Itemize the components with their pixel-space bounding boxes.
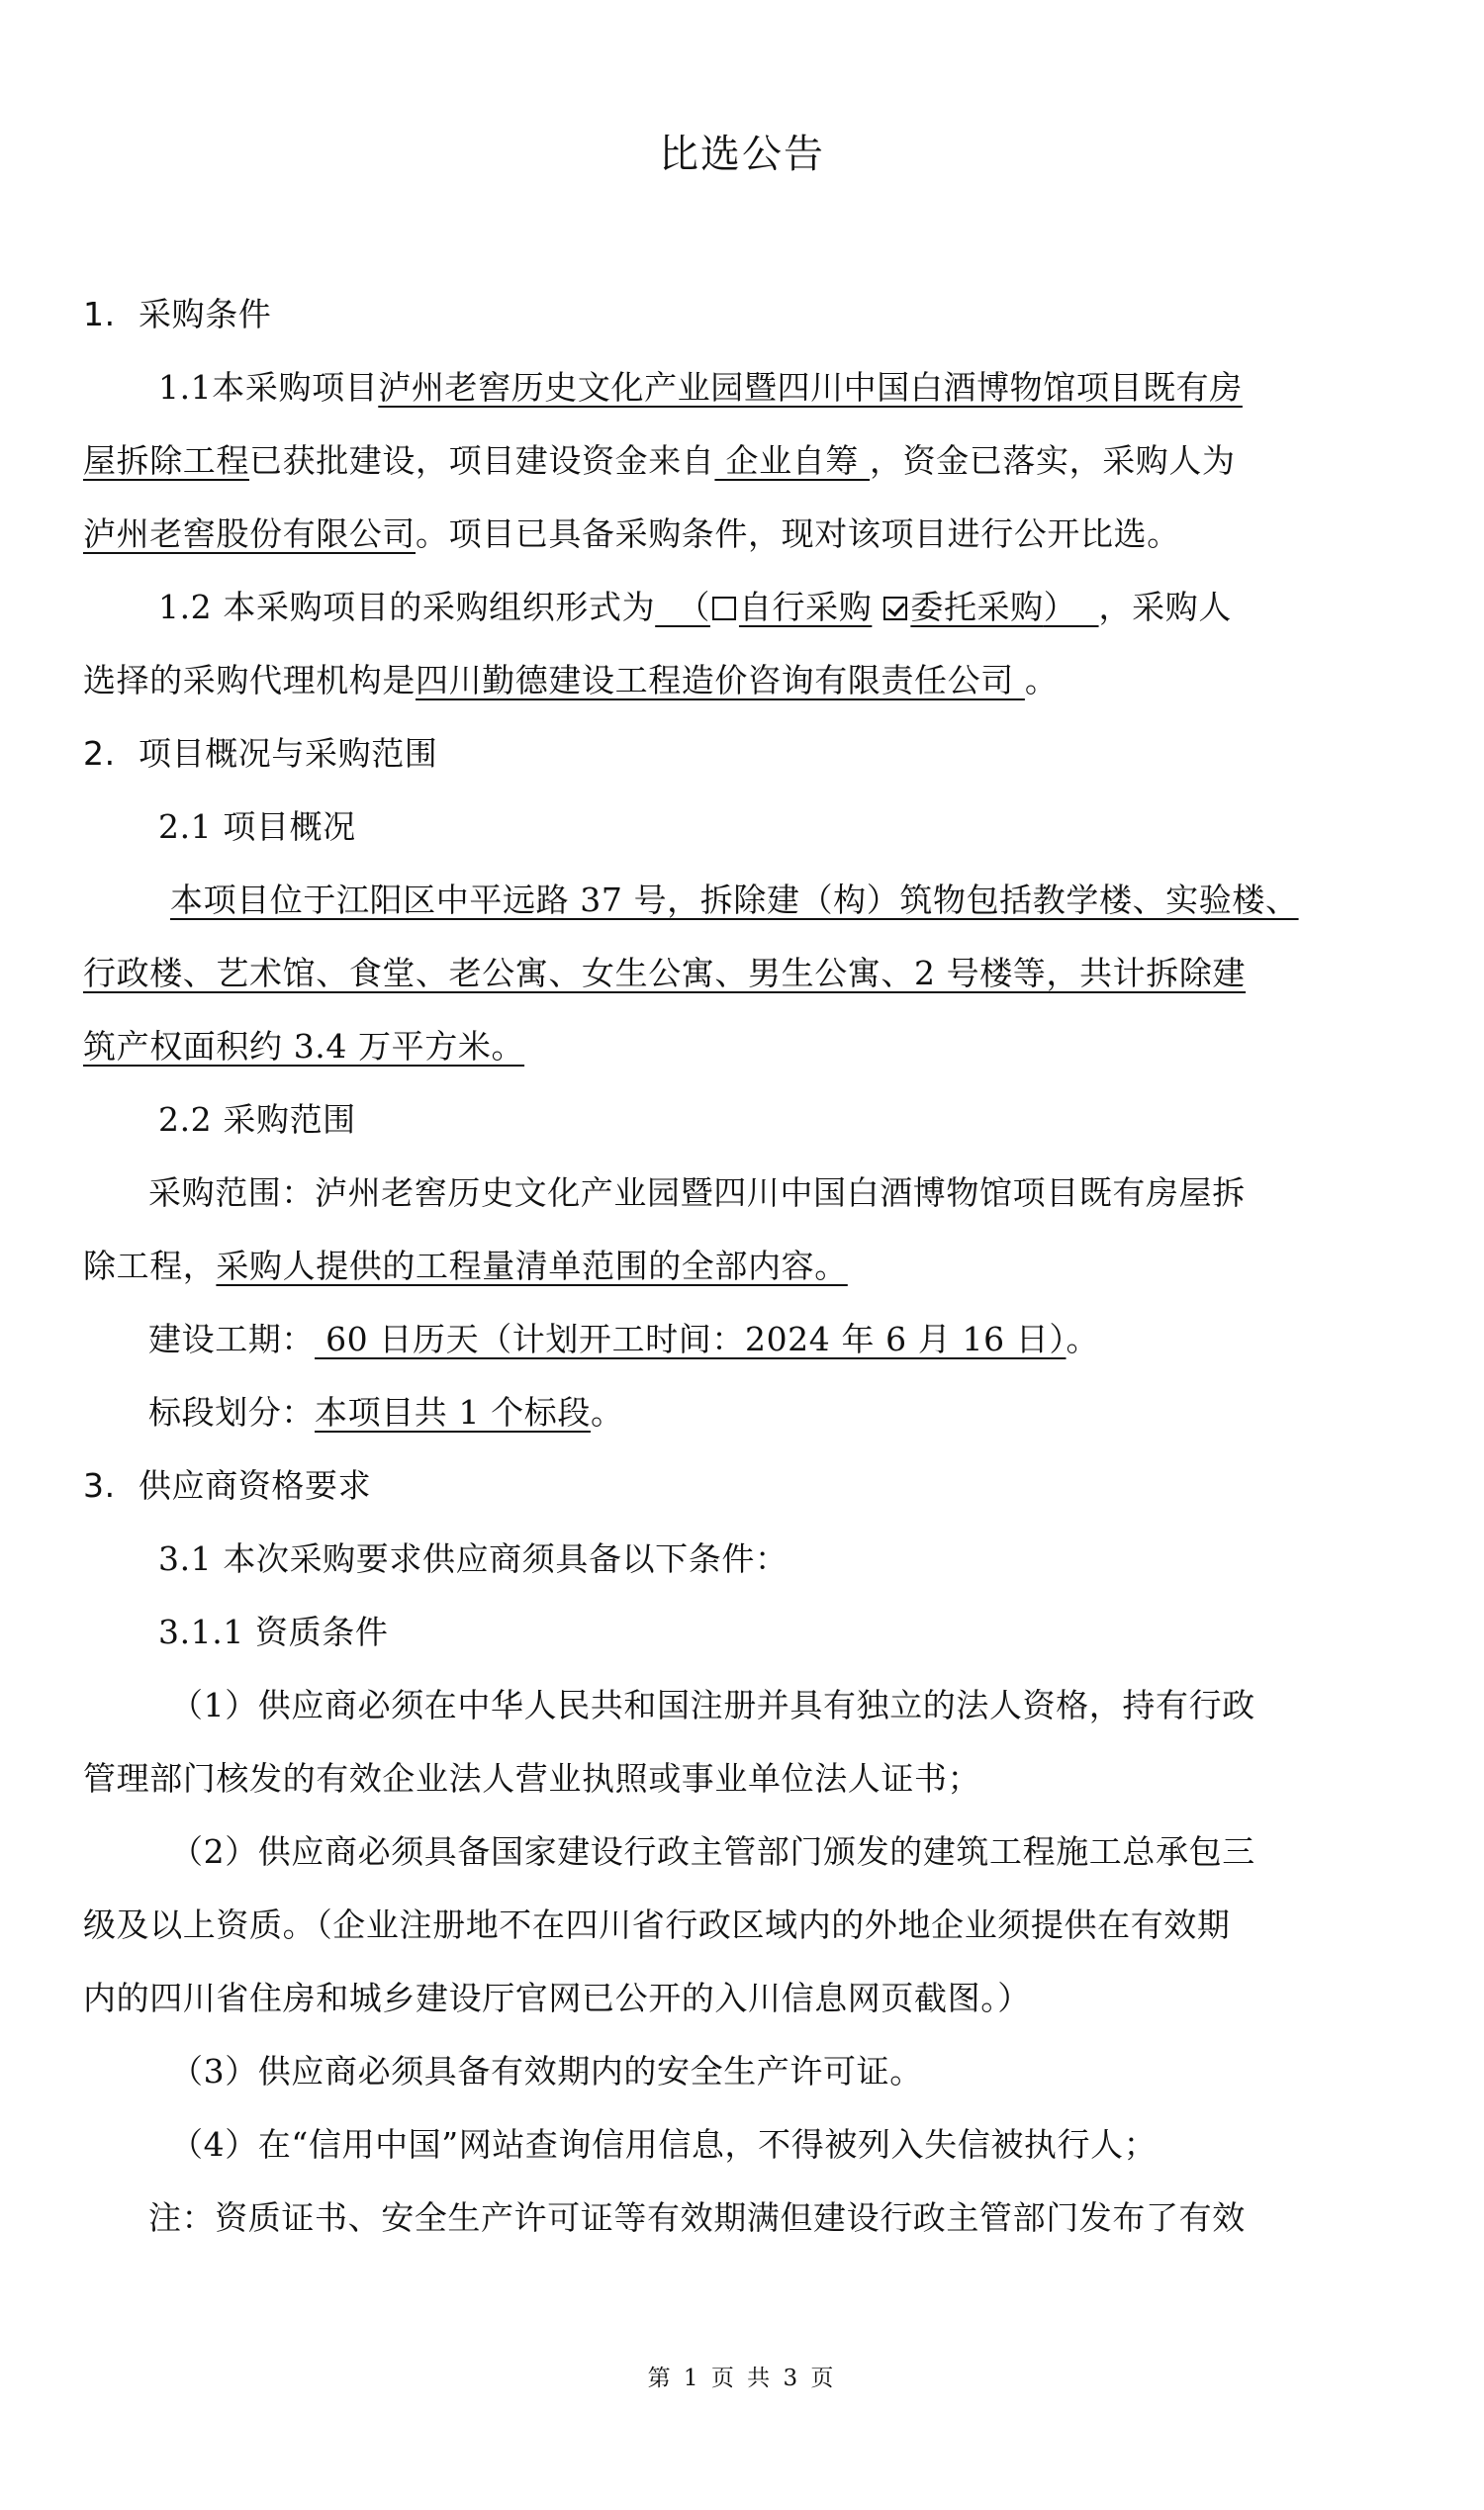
checkbox-entrusted-procurement[interactable]: [883, 597, 907, 620]
procurement-form: （自行采购委托采购）: [655, 588, 1098, 626]
para-text: 选择的采购代理机构是: [83, 661, 416, 699]
note-text: 注：资质证书、安全生产许可证等有效期满但建设行政主管部门发布了有效: [148, 2196, 1468, 2240]
overview-line-3: 筑产权面积约 3.4 万平方米。: [83, 1025, 1403, 1069]
overview-text: 行政楼、艺术馆、食堂、老公寓、女生公寓、男生公寓、2 号楼等，共计拆除建: [83, 954, 1246, 992]
para-1-2-line-1: 1.2 本采购项目的采购组织形式为 （自行采购委托采购） ，采购人: [158, 586, 1478, 629]
para-1-2-line-2: 选择的采购代理机构是四川勤德建设工程造价咨询有限责任公司 。: [83, 659, 1403, 702]
construction-period: 建设工期： 60 日历天（计划开工时间：2024 年 6 月 16 日）。: [148, 1318, 1468, 1361]
para-text: 已获批建设，项目建设资金来自: [249, 441, 714, 480]
overview-text: 本项目位于江阳区中平远路 37 号，拆除建（构）筑物包括教学楼、实验楼、: [170, 881, 1299, 919]
requirement-1-line-1: （1）供应商必须在中华人民共和国注册并具有独立的法人资格，持有行政: [170, 1684, 1484, 1727]
scope-text: 除工程，: [83, 1247, 216, 1285]
page-number: 第 1 页 共 3 页: [0, 2360, 1484, 2392]
paren: （: [655, 588, 710, 626]
para-text: ，资金已落实，采购人为: [870, 441, 1236, 480]
subsection-3-1: 3.1 本次采购要求供应商须具备以下条件：: [158, 1537, 1478, 1581]
project-name-cont: 屋拆除工程: [83, 441, 249, 480]
section-title: 供应商资格要求: [139, 1466, 371, 1505]
section-title: 项目概况与采购范围: [139, 734, 437, 773]
para-1-1-line-2: 屋拆除工程已获批建设，项目建设资金来自 企业自筹 ，资金已落实，采购人为: [83, 439, 1403, 483]
para-text: 。项目已具备采购条件，现对该项目进行公开比选。: [416, 514, 1180, 553]
requirement-2-line-2: 级及以上资质。（企业注册地不在四川省行政区域内的外地企业须提供在有效期: [83, 1904, 1403, 1947]
scope-line-1: 采购范围：泸州老窖历史文化产业园暨四川中国白酒博物馆项目既有房屋拆: [148, 1171, 1468, 1215]
project-name: 泸州老窖历史文化产业园暨四川中国白酒博物馆项目既有房: [378, 368, 1243, 407]
checkbox-self-procurement[interactable]: [712, 597, 736, 620]
section-number: 2.: [83, 732, 139, 776]
scope-label: 采购范围：: [148, 1173, 315, 1212]
section-3-heading: 3.供应商资格要求: [83, 1464, 1403, 1508]
lot-division: 标段划分：本项目共 1 个标段。: [148, 1391, 1468, 1435]
para-1-1-line-3: 泸州老窖股份有限公司。项目已具备采购条件，现对该项目进行公开比选。: [83, 512, 1403, 556]
section-number: 1.: [83, 293, 139, 336]
option-self-procurement: 自行采购: [739, 588, 872, 626]
option-entrusted-procurement: 委托采购: [910, 588, 1043, 626]
document-title: 比选公告: [0, 123, 1484, 179]
agency-name: 四川勤德建设工程造价咨询有限责任公司: [416, 661, 1025, 699]
period-suffix: 。: [1067, 1320, 1100, 1358]
lot-label: 标段划分：: [148, 1393, 315, 1432]
scope-text: 泸州老窖历史文化产业园暨四川中国白酒博物馆项目既有房屋拆: [315, 1173, 1246, 1212]
overview-text: 筑产权面积约 3.4 万平方米。: [83, 1027, 524, 1066]
section-1-heading: 1.采购条件: [83, 293, 1403, 336]
subsection-2-1-heading: 2.1 项目概况: [158, 805, 1478, 849]
section-number: 3.: [83, 1464, 139, 1508]
requirement-2-line-1: （2）供应商必须具备国家建设行政主管部门颁发的建筑工程施工总承包三: [170, 1830, 1484, 1874]
purchaser-name: 泸州老窖股份有限公司: [83, 514, 416, 553]
period-label: 建设工期：: [148, 1320, 315, 1358]
period-value: 60 日历天（计划开工时间：2024 年 6 月 16 日）: [315, 1320, 1067, 1358]
para-text: 1.1本采购项目: [158, 368, 378, 407]
lot-value: 本项目共 1 个标段: [315, 1393, 591, 1432]
subsection-3-1-1: 3.1.1 资质条件: [158, 1611, 1478, 1654]
requirement-3: （3）供应商必须具备有效期内的安全生产许可证。: [170, 2050, 1484, 2093]
para-text: 1.2 本采购项目的采购组织形式为: [158, 588, 655, 626]
paren: ）: [1044, 588, 1099, 626]
lot-suffix: 。: [591, 1393, 624, 1432]
fund-source: 企业自筹: [714, 441, 870, 480]
requirement-2-line-3: 内的四川省住房和城乡建设厅官网已公开的入川信息网页截图。）: [83, 1977, 1403, 2020]
para-text: 。: [1025, 661, 1059, 699]
requirement-1-line-2: 管理部门核发的有效企业法人营业执照或事业单位法人证书；: [83, 1757, 1403, 1801]
section-title: 采购条件: [139, 295, 271, 333]
para-text: ，采购人: [1099, 588, 1232, 626]
requirement-4: （4）在“信用中国”网站查询信用信息，不得被列入失信被执行人；: [170, 2123, 1484, 2167]
scope-text-underlined: 采购人提供的工程量清单范围的全部内容。: [216, 1247, 847, 1285]
section-2-heading: 2.项目概况与采购范围: [83, 732, 1403, 776]
document-page: 比选公告 1.采购条件 1.1本采购项目泸州老窖历史文化产业园暨四川中国白酒博物…: [0, 0, 1484, 2510]
subsection-2-2-heading: 2.2 采购范围: [158, 1098, 1478, 1142]
para-1-1-line-1: 1.1本采购项目泸州老窖历史文化产业园暨四川中国白酒博物馆项目既有房: [158, 366, 1478, 410]
overview-line-1: 本项目位于江阳区中平远路 37 号，拆除建（构）筑物包括教学楼、实验楼、: [170, 879, 1484, 922]
overview-line-2: 行政楼、艺术馆、食堂、老公寓、女生公寓、男生公寓、2 号楼等，共计拆除建: [83, 952, 1403, 995]
scope-line-2: 除工程，采购人提供的工程量清单范围的全部内容。: [83, 1245, 1403, 1288]
